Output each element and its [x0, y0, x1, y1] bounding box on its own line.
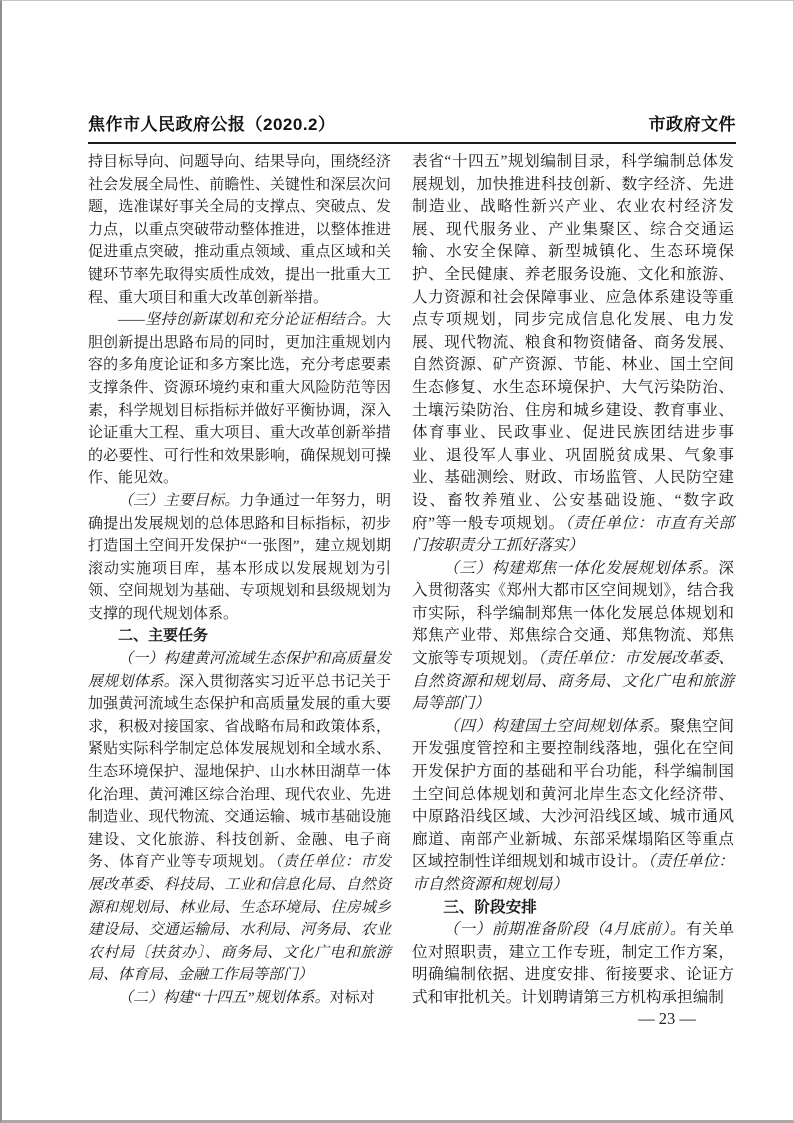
- paragraph: ——坚持创新谋划和充分论证相结合。大胆创新提出思路布局的同时，更加注重规划内容的…: [88, 309, 391, 490]
- text-run: （四）构建国土空间规划体系。: [443, 718, 670, 735]
- paragraph: （二）构建“十四五”规划体系。对标对: [88, 987, 391, 1010]
- page-header: 焦作市人民政府公报（2020.2） 市政府文件: [88, 101, 736, 144]
- header-section-label: 市政府文件: [649, 110, 737, 135]
- paragraph: （一）前期准备阶段（4月底前）。有关单位对照职责，建立工作专班，制定工作方案，明…: [412, 919, 734, 1009]
- paragraph: （三）构建郑焦一体化发展规划体系。深入贯彻落实《郑州大都市区空间规划》，结合我市…: [412, 558, 734, 716]
- page-number: — 23 —: [602, 1009, 732, 1029]
- heading-text: 二、主要任务: [118, 627, 208, 644]
- paragraph: （四）构建国土空间规划体系。聚焦空间开发强度管控和主要控制线落地，强化在空间开发…: [412, 716, 734, 897]
- text-run: 对标对: [330, 990, 375, 1006]
- text-column-left: 持目标导向、问题导向、结果导向，围绕经济社会发展全局性、前瞻性、关键性和深层次问…: [88, 151, 391, 1010]
- section-heading: 三、阶段安排: [412, 897, 734, 920]
- header-gazette-title: 焦作市人民政府公报（2020.2）: [88, 110, 336, 135]
- text-run: 力争通过一年努力，明确提出发展规划的总体思路和目标指标，初步打造国土空间开发保护…: [88, 493, 391, 622]
- heading-text: 三、阶段安排: [443, 899, 537, 916]
- text-run: 深入贯彻落实习近平总书记关于加强黄河流域生态保护和高质量发展的重大要求，积极对接…: [88, 674, 391, 871]
- text-column-right: 表省“十四五”规划编制目录，科学编制总体发展规划，加快推进科技创新、数字经济、先…: [412, 151, 734, 1010]
- text-run: （一）前期准备阶段（4月底前）。: [443, 921, 686, 938]
- text-run: 表省“十四五”规划编制目录，科学编制总体发展规划，加快推进科技创新、数字经济、先…: [412, 153, 734, 532]
- document-page: 焦作市人民政府公报（2020.2） 市政府文件 持目标导向、问题导向、结果导向，…: [0, 0, 794, 1123]
- paragraph: （三）主要目标。力争通过一年努力，明确提出发展规划的总体思路和目标指标，初步打造…: [88, 490, 391, 626]
- text-run: ——坚持创新谋划和充分论证相结合。: [118, 312, 376, 328]
- text-run: 大胆创新提出思路布局的同时，更加注重规划内容的多角度论证和多方案比选，充分考虑要…: [88, 312, 391, 486]
- text-run: （责任单位：市发展改革委、科技局、工业和信息化局、自然资源和规划局、林业局、生态…: [88, 854, 391, 983]
- paragraph: 持目标导向、问题导向、结果导向，围绕经济社会发展全局性、前瞻性、关键性和深层次问…: [88, 151, 391, 309]
- section-heading: 二、主要任务: [88, 625, 391, 648]
- text-run: 聚焦空间开发强度管控和主要控制线落地，强化在空间开发保护方面的基础和平台功能，科…: [412, 718, 734, 871]
- paragraph: （一）构建黄河流域生态保护和高质量发展规划体系。深入贯彻落实习近平总书记关于加强…: [88, 648, 391, 987]
- paragraph: 表省“十四五”规划编制目录，科学编制总体发展规划，加快推进科技创新、数字经济、先…: [412, 151, 734, 558]
- text-run: 持目标导向、问题导向、结果导向，围绕经济社会发展全局性、前瞻性、关键性和深层次问…: [88, 154, 391, 306]
- text-run: （三）主要目标。: [118, 493, 239, 509]
- text-run: （二）构建“十四五”规划体系。: [118, 990, 330, 1006]
- text-run: （三）构建郑焦一体化发展规划体系。: [443, 560, 718, 577]
